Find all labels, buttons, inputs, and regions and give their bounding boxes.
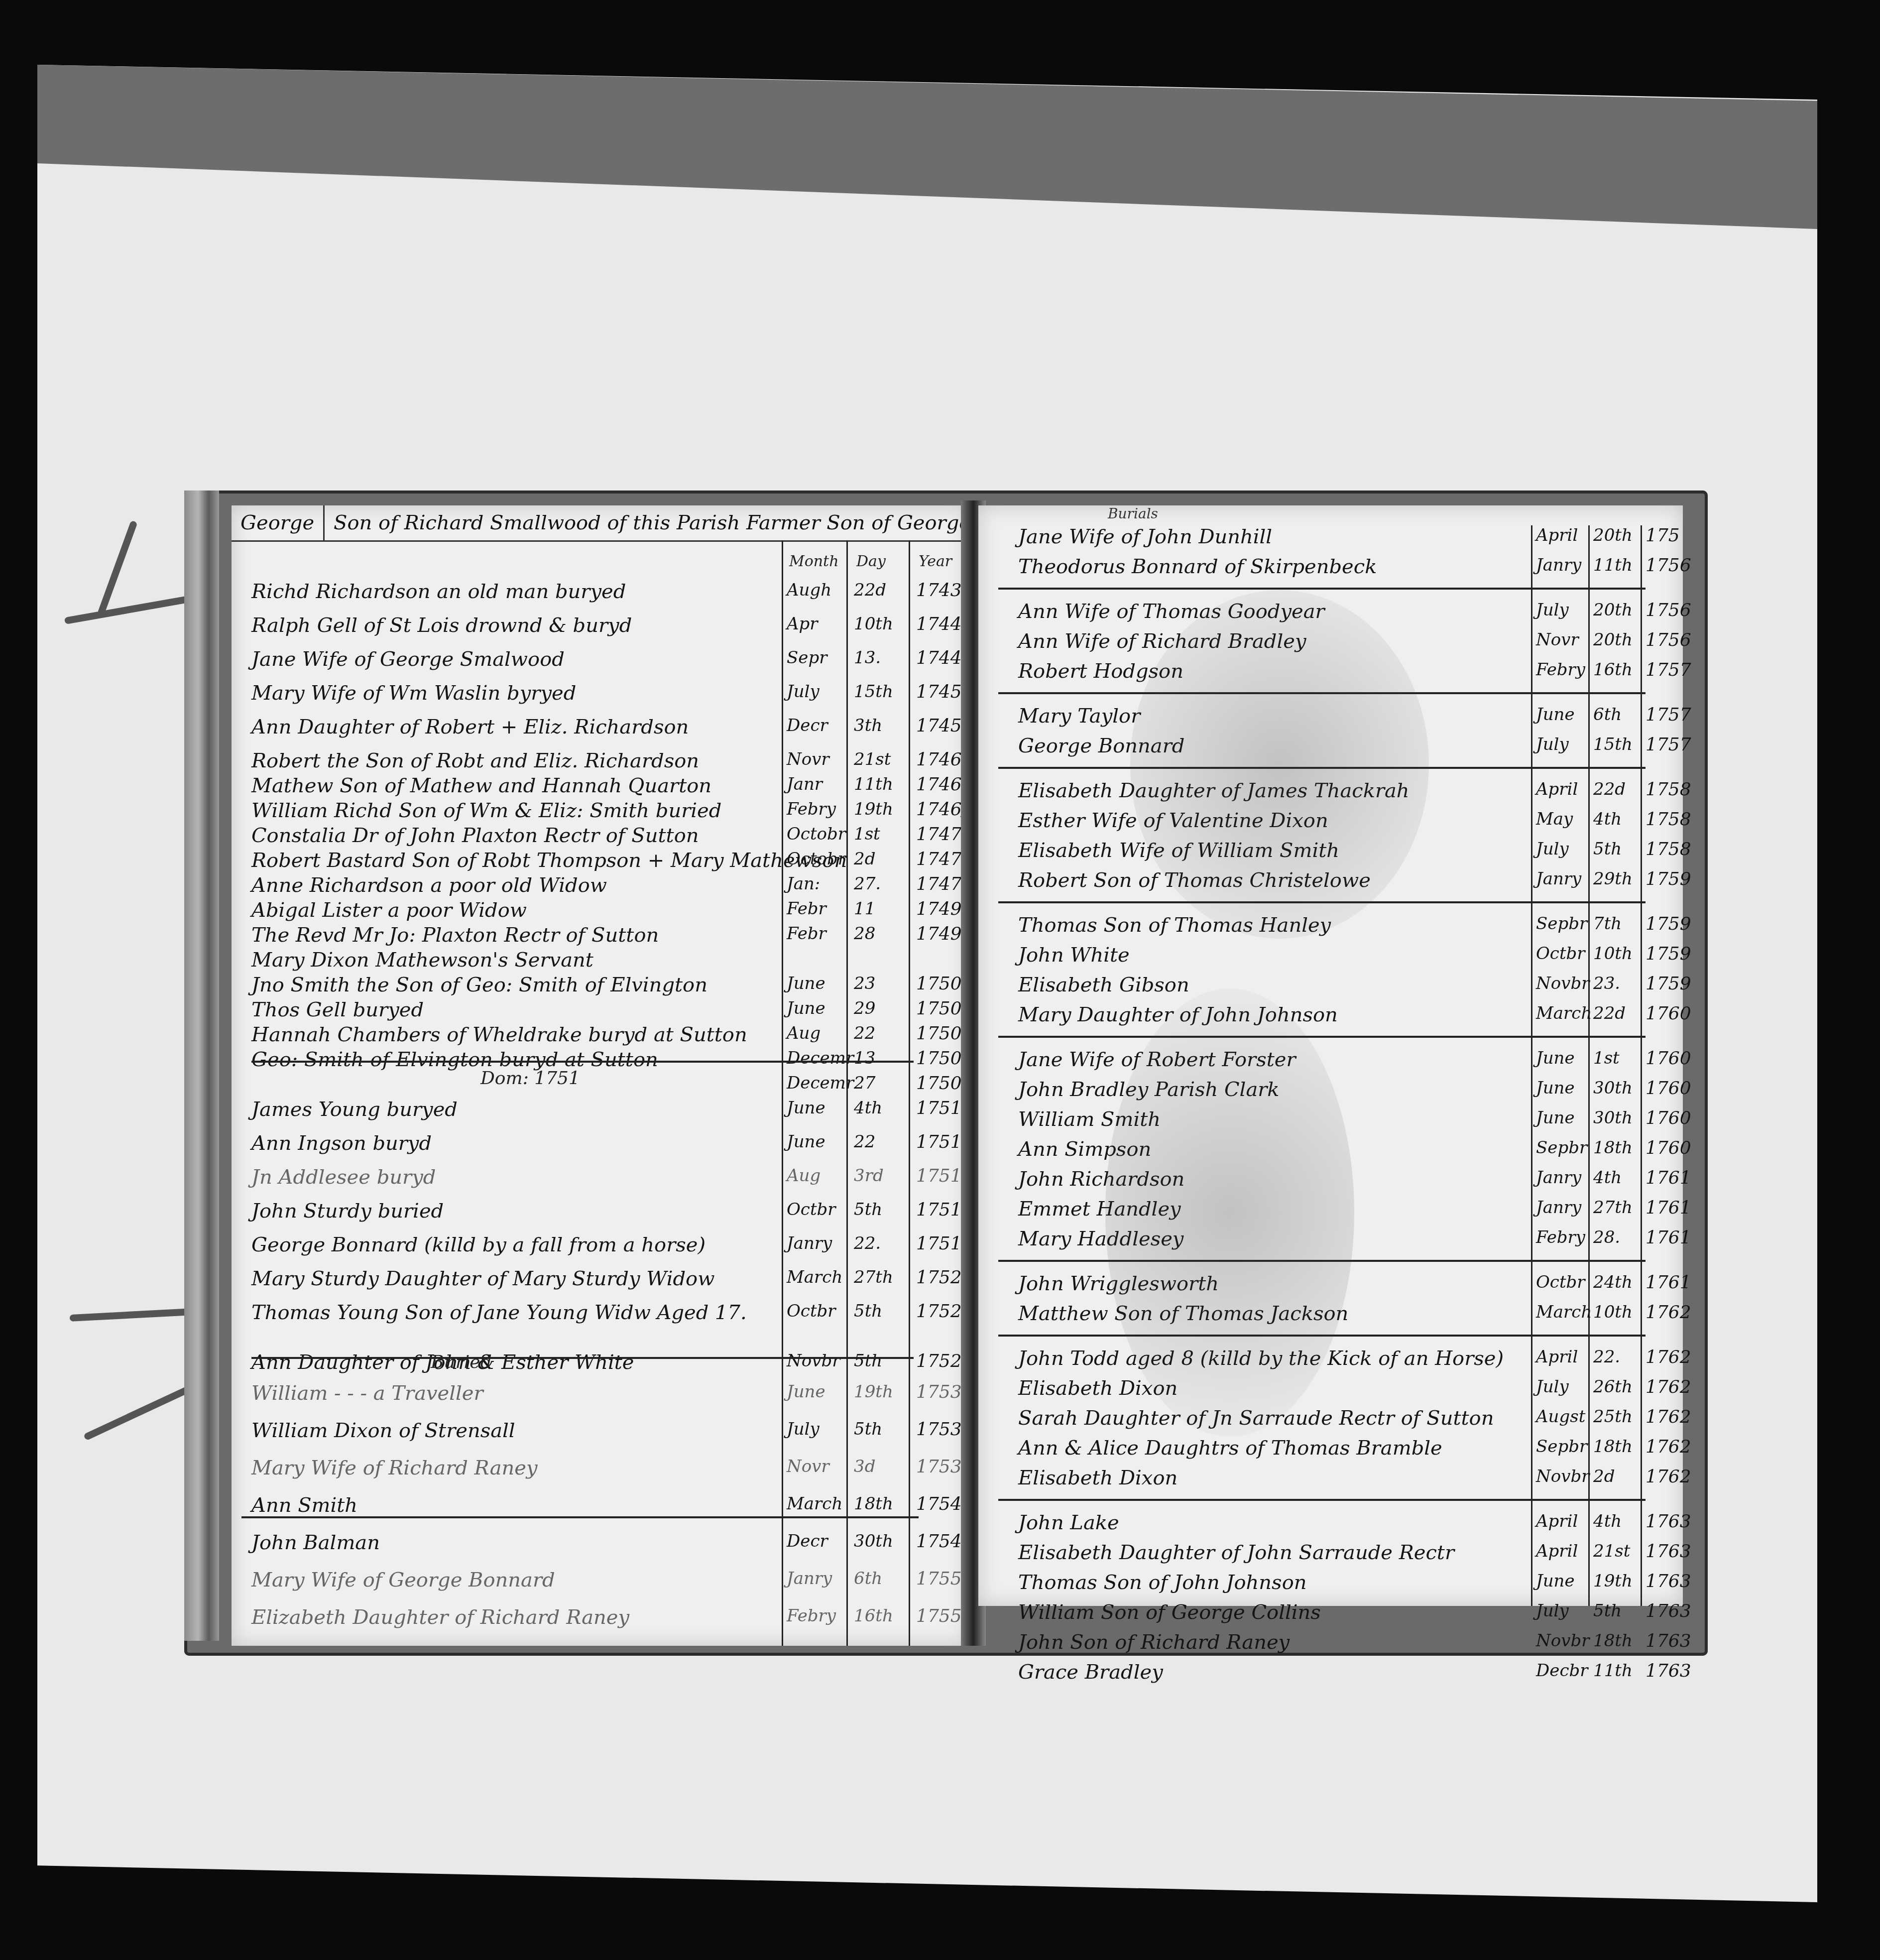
entry-year: 1750 <box>916 1048 962 1069</box>
entry-text: Mary Taylor <box>1018 705 1140 728</box>
column-header-day: Day <box>856 553 886 570</box>
entry-day: 2d <box>1593 1467 1615 1486</box>
entry-year: 1743 <box>916 580 962 601</box>
entry-year: 1763 <box>1645 1541 1691 1562</box>
entry-month: June <box>787 1382 825 1402</box>
entry-day: 18th <box>1593 1138 1633 1158</box>
entry-text: Elizabeth Daughter of Richard Raney <box>251 1606 629 1629</box>
entry-day: 10th <box>1593 1302 1633 1322</box>
entry-month: Novbr <box>787 1351 840 1371</box>
entry-day: 30th <box>1593 1078 1633 1098</box>
entry-year: 1756 <box>1645 630 1691 650</box>
header-name: George <box>232 505 325 540</box>
entry-month: July <box>1536 600 1569 620</box>
left-page-header: GeorgeSon of Richard Smallwood of this P… <box>232 505 968 542</box>
entry-year: 1759 <box>1645 944 1691 964</box>
entry-text: John White <box>1018 944 1130 967</box>
entry-text: Hannah Chambers of Wheldrake buryd at Su… <box>251 1023 747 1046</box>
entry-day: 11th <box>1593 1661 1633 1681</box>
entry-year: 1751 <box>916 1233 962 1254</box>
register-entry: Ann Ingson burydJune221751 <box>232 1132 968 1162</box>
entry-year: 1750 <box>916 998 962 1019</box>
entry-text: Jane Wife of John Dunhill <box>1018 525 1272 548</box>
entry-year: 1758 <box>1645 779 1691 800</box>
entry-text: Mary Wife of Richard Raney <box>251 1457 538 1479</box>
entry-year: 1746 <box>916 749 962 770</box>
entry-month: Novr <box>787 749 829 769</box>
section-rule <box>998 1499 1645 1501</box>
entry-day: 20th <box>1593 525 1633 545</box>
entry-text: Mary Wife of George Bonnard <box>251 1569 555 1592</box>
entry-month: Janry <box>1536 1198 1581 1218</box>
register-entry: Mary Wife of George BonnardJanry6th1755 <box>232 1569 968 1598</box>
entry-month: June <box>787 998 825 1018</box>
entry-year: 1757 <box>1645 705 1691 725</box>
entry-text: Theodorus Bonnard of Skirpenbeck <box>1018 555 1377 578</box>
entry-year: 1750 <box>916 1073 962 1094</box>
entry-text: Jno Smith the Son of Geo: Smith of Elvin… <box>251 974 707 996</box>
register-entry: John Sturdy buriedOctbr5th1751 <box>232 1200 968 1229</box>
entry-day: 25th <box>1593 1407 1633 1427</box>
register-entry: Elizabeth Daughter of Richard RaneyFebry… <box>232 1606 968 1636</box>
register-entry: Elisabeth Daughter of John Sarraude Rect… <box>978 1541 1683 1571</box>
entry-month: Janry <box>1536 869 1581 889</box>
entry-month: Novbr <box>1536 1631 1589 1651</box>
entry-day: 22 <box>854 1023 875 1043</box>
entry-text: Robert Bastard Son of Robt Thompson + Ma… <box>251 849 847 872</box>
entry-month: July <box>1536 735 1569 754</box>
entry-text: Elisabeth Dixon <box>1018 1467 1177 1489</box>
entry-text: Mathew Son of Mathew and Hannah Quarton <box>251 774 711 797</box>
section-rule <box>251 1061 914 1063</box>
entry-year: 1760 <box>1645 1138 1691 1158</box>
entry-day: 4th <box>1593 1168 1622 1188</box>
entry-year: 1760 <box>1645 1108 1691 1128</box>
column-header-year: Year <box>919 553 952 570</box>
register-entry: John WhiteOctbr10th1759 <box>978 944 1683 974</box>
entry-text: James Young buryed <box>251 1098 458 1121</box>
entry-text: Ann Daughter of Robert + Eliz. Richardso… <box>251 716 689 738</box>
entry-day: 21st <box>1593 1541 1630 1561</box>
register-entry: Ann Daughter of Robert + Eliz. Richardso… <box>232 716 968 745</box>
register-entry: Jane Wife of Robert ForsterJune1st1760 <box>978 1048 1683 1078</box>
entry-day: 29 <box>854 998 875 1018</box>
entry-text: Robert the Son of Robt and Eliz. Richard… <box>251 749 699 772</box>
entry-month: Febry <box>1536 1227 1585 1247</box>
entry-month: Jan: <box>787 874 820 894</box>
entry-year: 1755 <box>916 1606 962 1626</box>
entry-day: 3rd <box>854 1166 884 1186</box>
entry-day: 5th <box>854 1301 882 1321</box>
entry-year: 1763 <box>1645 1571 1691 1592</box>
entry-day: 4th <box>1593 809 1622 829</box>
entry-day: 22d <box>854 580 886 600</box>
entry-month: July <box>787 1419 820 1439</box>
entry-text: John Balman <box>251 1531 380 1554</box>
entry-year: 1762 <box>1645 1302 1691 1323</box>
entry-year: 1761 <box>1645 1168 1691 1188</box>
entry-month: June <box>1536 1078 1575 1098</box>
buried-label: Buried <box>431 1352 492 1372</box>
entry-year: 1760 <box>1645 1048 1691 1069</box>
entry-year: 1755 <box>916 1569 962 1589</box>
entry-day: 4th <box>854 1098 882 1118</box>
column-header-month: Month <box>789 553 838 570</box>
entry-month: Aug <box>787 1166 821 1186</box>
section-rule <box>998 588 1645 590</box>
entry-month: Sepr <box>787 648 827 668</box>
register-entry: Ann & Alice Daughtrs of Thomas BrambleSe… <box>978 1437 1683 1467</box>
entry-year: 1763 <box>1645 1631 1691 1651</box>
entry-month: Aug <box>787 1023 821 1043</box>
entry-year: 1750 <box>916 974 962 994</box>
entry-text: Constalia Dr of John Plaxton Rectr of Su… <box>251 824 699 847</box>
register-entry: Elisabeth DixonNovbr2d1762 <box>978 1467 1683 1496</box>
entry-day: 6th <box>854 1569 882 1589</box>
entry-day: 27th <box>1593 1198 1633 1218</box>
entry-month: March <box>787 1267 842 1287</box>
register-entry: Mary Wife of Wm Waslin byryedJuly15th174… <box>232 682 968 712</box>
entry-text: Thomas Young Son of Jane Young Widw Aged… <box>251 1301 747 1324</box>
entry-text: Richd Richardson an old man buryed <box>251 580 626 603</box>
entry-day: 3d <box>854 1457 875 1476</box>
entry-month: July <box>787 682 820 702</box>
entry-day: 22d <box>1593 779 1626 799</box>
entry-month: Sepbr <box>1536 1437 1587 1457</box>
entry-year: 1744 <box>916 614 962 634</box>
entry-month: Novr <box>787 1457 829 1476</box>
entry-year: 1756 <box>1645 555 1691 576</box>
entry-day: 27 <box>854 1073 875 1093</box>
entry-year: 1759 <box>1645 974 1691 994</box>
register-entry: Theodorus Bonnard of SkirpenbeckJanry11t… <box>978 555 1683 585</box>
entry-day: 10th <box>854 614 893 634</box>
entry-day: 5th <box>1593 839 1622 859</box>
entry-year: 1747 <box>916 824 962 845</box>
entry-day: 18th <box>854 1494 893 1514</box>
register-entry: Elisabeth GibsonNovbr23.1759 <box>978 974 1683 1003</box>
entry-day: 22 <box>854 1132 875 1152</box>
entry-day: 23. <box>1593 974 1620 993</box>
entry-text: Elisabeth Daughter of John Sarraude Rect… <box>1018 1541 1454 1564</box>
entry-year: 1758 <box>1645 809 1691 830</box>
entry-year: 1752 <box>916 1351 962 1371</box>
entry-day: 19th <box>854 799 893 819</box>
entry-text: William Dixon of Strensall <box>251 1419 515 1442</box>
entry-day: 15th <box>1593 735 1633 754</box>
entry-month: Febry <box>787 1606 836 1626</box>
entry-text: William Son of George Collins <box>1018 1601 1321 1624</box>
entry-text: The Revd Mr Jo: Plaxton Rectr of Sutton <box>251 924 659 947</box>
entry-year: 1750 <box>916 1023 962 1044</box>
entry-day: 11th <box>854 774 893 794</box>
entry-day: 4th <box>1593 1511 1622 1531</box>
register-entry: Mary Daughter of John JohnsonMarch22d176… <box>978 1003 1683 1033</box>
entry-day: 15th <box>854 682 893 702</box>
burials-heading: Burials <box>1108 505 1158 522</box>
entry-month: Janry <box>1536 1168 1581 1188</box>
entry-day: 26th <box>1593 1377 1633 1397</box>
entry-year: 1754 <box>916 1531 962 1552</box>
entry-text: George Bonnard (killd by a fall from a h… <box>251 1233 705 1256</box>
entry-year: 1762 <box>1645 1437 1691 1457</box>
entry-month: Janry <box>1536 555 1581 575</box>
entry-day: 11 <box>854 899 875 919</box>
entry-year: 1761 <box>1645 1198 1691 1218</box>
entry-month: Augh <box>787 580 831 600</box>
entry-year: 1756 <box>1645 600 1691 620</box>
entry-month: June <box>787 974 825 993</box>
entry-day: 2d <box>854 849 875 869</box>
entry-month: Octbr <box>787 1301 836 1321</box>
entry-day: 16th <box>854 1606 893 1626</box>
entry-year: 1747 <box>916 874 962 894</box>
entry-month: Octbr <box>1536 1272 1585 1292</box>
entry-day: 30th <box>854 1531 893 1551</box>
header-text: Son of Richard Smallwood of this Parish … <box>325 505 980 540</box>
entry-day: 5th <box>1593 1601 1622 1621</box>
register-entry: Jn Addlesee burydAug3rd1751 <box>232 1166 968 1196</box>
entry-day: 30th <box>1593 1108 1633 1128</box>
entry-month: June <box>1536 705 1575 725</box>
entry-text: Grace Bradley <box>1018 1661 1163 1684</box>
entry-month: June <box>1536 1571 1575 1591</box>
entry-text: William Richd Son of Wm & Eliz: Smith bu… <box>251 799 721 822</box>
entry-day: 20th <box>1593 600 1633 620</box>
register-entry: John Todd aged 8 (killd by the Kick of a… <box>978 1347 1683 1377</box>
entry-month: March <box>1536 1302 1592 1322</box>
entry-year: 1757 <box>1645 660 1691 680</box>
entry-month: June <box>1536 1048 1575 1068</box>
entry-month: Apr <box>787 614 818 634</box>
entry-year: 1762 <box>1645 1347 1691 1367</box>
entry-text: Geo: Smith of Elvington buryd at Sutton <box>251 1048 658 1071</box>
section-title-1751: Dom: 1751 <box>480 1068 580 1089</box>
entry-year: 1762 <box>1645 1467 1691 1487</box>
entry-day: 20th <box>1593 630 1633 650</box>
register-entry: James Young buryedJune4th1751 <box>232 1098 968 1128</box>
entry-month: July <box>1536 1377 1569 1397</box>
register-entry: Mary Wife of Richard RaneyNovr3d1753 <box>232 1457 968 1486</box>
section-rule <box>998 1036 1645 1038</box>
entry-year: 1763 <box>1645 1511 1691 1532</box>
entry-year: 1762 <box>1645 1377 1691 1397</box>
entry-day: 7th <box>1593 914 1622 934</box>
register-entry: John Son of Richard RaneyNovbr18th1763 <box>978 1631 1683 1661</box>
entry-year: 1747 <box>916 849 962 869</box>
entry-text: Elisabeth Gibson <box>1018 974 1189 996</box>
entry-day: 1st <box>1593 1048 1620 1068</box>
entry-year: 1751 <box>916 1166 962 1186</box>
entry-year: 1751 <box>916 1132 962 1152</box>
entry-text: Ann Smith <box>251 1494 357 1517</box>
entry-day: 18th <box>1593 1631 1633 1651</box>
entry-month: Novr <box>1536 630 1579 650</box>
entry-year: 1751 <box>916 1200 962 1220</box>
entry-day: 18th <box>1593 1437 1633 1457</box>
entry-year: 1761 <box>1645 1272 1691 1293</box>
entry-month: Decr <box>787 1531 828 1551</box>
entry-day: 6th <box>1593 705 1622 725</box>
left-page: GeorgeSon of Richard Smallwood of this P… <box>232 505 968 1646</box>
entry-year: 175 <box>1645 525 1680 546</box>
entry-text: Anne Richardson a poor old Widow <box>251 874 607 897</box>
entry-month: May <box>1536 809 1573 829</box>
entry-day: 22. <box>1593 1347 1620 1367</box>
entry-day: 1st <box>854 824 880 844</box>
entry-year: 1763 <box>1645 1601 1691 1621</box>
entry-text: Thos Gell buryed <box>251 998 424 1021</box>
register-entry: Jane Wife of George SmalwoodSepr13.1744 <box>232 648 968 678</box>
entry-year: 1753 <box>916 1382 962 1402</box>
register-entry: John LakeApril4th1763 <box>978 1511 1683 1541</box>
entry-year: 1752 <box>916 1267 962 1288</box>
entry-month: Octobr <box>787 824 846 844</box>
entry-year: 1751 <box>916 1098 962 1118</box>
entry-month: March <box>787 1494 842 1514</box>
entry-text: Jane Wife of George Smalwood <box>251 648 565 671</box>
entry-month: Octobr <box>787 849 846 869</box>
register-entry: William - - - a TravellerJune19th1753 <box>232 1382 968 1412</box>
entry-month: Febry <box>1536 660 1585 680</box>
register-entry: Jane Wife of John DunhillApril20th175 <box>978 525 1683 555</box>
entry-text: Mary Wife of Wm Waslin byryed <box>251 682 576 705</box>
entry-day: 5th <box>854 1419 882 1439</box>
entry-year: 1757 <box>1645 735 1691 755</box>
entry-day: 3th <box>854 716 882 735</box>
entry-month: Sepbr <box>1536 914 1587 934</box>
entry-month: Decemr <box>787 1073 854 1093</box>
entry-day: 22. <box>854 1233 881 1253</box>
register-entry: Sarah Daughter of Jn Sarraude Rectr of S… <box>978 1407 1683 1437</box>
register-entry: John BalmanDecr30th1754 <box>232 1531 968 1561</box>
entry-month: July <box>1536 839 1569 859</box>
entry-month: June <box>787 1098 825 1118</box>
entry-year: 1746 <box>916 774 962 795</box>
entry-year: 1760 <box>1645 1078 1691 1099</box>
entry-year: 1754 <box>916 1494 962 1514</box>
entry-month: Decbr <box>1536 1661 1588 1681</box>
entry-month: Octbr <box>1536 944 1585 964</box>
entry-day: 28 <box>854 924 875 944</box>
entry-text: Ann Ingson buryd <box>251 1132 432 1155</box>
entry-month: Novbr <box>1536 974 1589 993</box>
entry-year: 1760 <box>1645 1003 1691 1024</box>
entry-month: Octbr <box>787 1200 836 1220</box>
entry-month: April <box>1536 525 1578 545</box>
water-stain <box>1105 988 1354 1437</box>
entry-month: Janr <box>787 774 822 794</box>
register-book: GeorgeSon of Richard Smallwood of this P… <box>184 490 1708 1656</box>
entry-text: Jn Addlesee buryd <box>251 1166 436 1189</box>
register-entry: George Bonnard (killd by a fall from a h… <box>232 1233 968 1263</box>
entry-month: Novbr <box>1536 1467 1589 1486</box>
entry-text: Mary Dixon Mathewson's Servant <box>251 949 593 972</box>
entry-month: Febr <box>787 924 826 944</box>
entry-day: 21st <box>854 749 891 769</box>
entry-month: April <box>1536 779 1578 799</box>
entry-day: 23 <box>854 974 875 993</box>
entry-year: 1759 <box>1645 869 1691 889</box>
register-entry: Mary Sturdy Daughter of Mary Sturdy Wido… <box>232 1267 968 1297</box>
entry-day: 13. <box>854 648 881 668</box>
entry-year: 1749 <box>916 899 962 919</box>
entry-day: 5th <box>854 1200 882 1220</box>
entry-text: William - - - a Traveller <box>251 1382 483 1405</box>
entry-month: Decemr <box>787 1048 854 1068</box>
entry-month: March <box>1536 1003 1592 1023</box>
entry-month: Febr <box>787 899 826 919</box>
entry-text: Abigal Lister a poor Widow <box>251 899 527 922</box>
entry-day: 11th <box>1593 555 1633 575</box>
entry-text: Thomas Son of John Johnson <box>1018 1571 1306 1594</box>
entry-month: Decr <box>787 716 828 735</box>
entry-day: 16th <box>1593 660 1633 680</box>
entry-day: 19th <box>854 1382 893 1402</box>
entry-text: Ann & Alice Daughtrs of Thomas Bramble <box>1018 1437 1442 1460</box>
entry-year: 1759 <box>1645 914 1691 934</box>
entry-text: Ralph Gell of St Lois drownd & buryd <box>251 614 632 637</box>
entry-year: 1763 <box>1645 1661 1691 1681</box>
entry-month: Janry <box>787 1569 832 1589</box>
entry-year: 1744 <box>916 648 962 668</box>
entry-year: 1762 <box>1645 1407 1691 1427</box>
entry-day: 27th <box>854 1267 893 1287</box>
entry-day: 5th <box>854 1351 882 1371</box>
entry-day: 24th <box>1593 1272 1633 1292</box>
entry-year: 1745 <box>916 716 962 736</box>
entry-year: 1745 <box>916 682 962 702</box>
entry-day: 27. <box>854 874 881 894</box>
entry-month: Janry <box>787 1233 832 1253</box>
entry-day: 10th <box>1593 944 1633 964</box>
entry-month: June <box>787 1132 825 1152</box>
register-entry: Grace BradleyDecbr11th1763 <box>978 1661 1683 1691</box>
entry-day: 19th <box>1593 1571 1633 1591</box>
entry-text: John Lake <box>1018 1511 1119 1534</box>
entry-month: April <box>1536 1511 1578 1531</box>
entry-year: 1753 <box>916 1419 962 1440</box>
register-entry: Elisabeth DixonJuly26th1762 <box>978 1377 1683 1407</box>
entry-day: 29th <box>1593 869 1633 889</box>
register-entry: Thomas Son of John JohnsonJune19th1763 <box>978 1571 1683 1601</box>
water-stain <box>1130 590 1429 939</box>
section-rule <box>241 1516 919 1518</box>
register-entry: Ann SmithMarch18th1754 <box>232 1494 968 1524</box>
register-entry: William Dixon of StrensallJuly5th1753 <box>232 1419 968 1449</box>
entry-month: Augst <box>1536 1407 1585 1427</box>
entry-year: 1761 <box>1645 1227 1691 1248</box>
entry-year: 1753 <box>916 1457 962 1477</box>
entry-year: 1758 <box>1645 839 1691 859</box>
entry-month: April <box>1536 1541 1578 1561</box>
register-entry: Thomas Young Son of Jane Young Widw Aged… <box>232 1301 968 1331</box>
section-rule <box>251 1357 914 1359</box>
register-entry: William Son of George CollinsJuly5th1763 <box>978 1601 1683 1631</box>
entry-day: 22d <box>1593 1003 1626 1023</box>
entry-month: Sepbr <box>1536 1138 1587 1158</box>
entry-month: July <box>1536 1601 1569 1621</box>
register-entry: Ann Daughter of John & Esther WhiteNovbr… <box>232 1351 968 1381</box>
entry-text: Mary Sturdy Daughter of Mary Sturdy Wido… <box>251 1267 714 1290</box>
entry-text: John Sturdy buried <box>251 1200 444 1223</box>
entry-day: 13 <box>854 1048 875 1068</box>
entry-day: 28. <box>1593 1227 1620 1247</box>
register-entry: Ralph Gell of St Lois drownd & burydApr1… <box>232 614 968 644</box>
book-spine <box>184 490 219 1641</box>
entry-month: June <box>1536 1108 1575 1128</box>
entry-month: Febry <box>787 799 836 819</box>
